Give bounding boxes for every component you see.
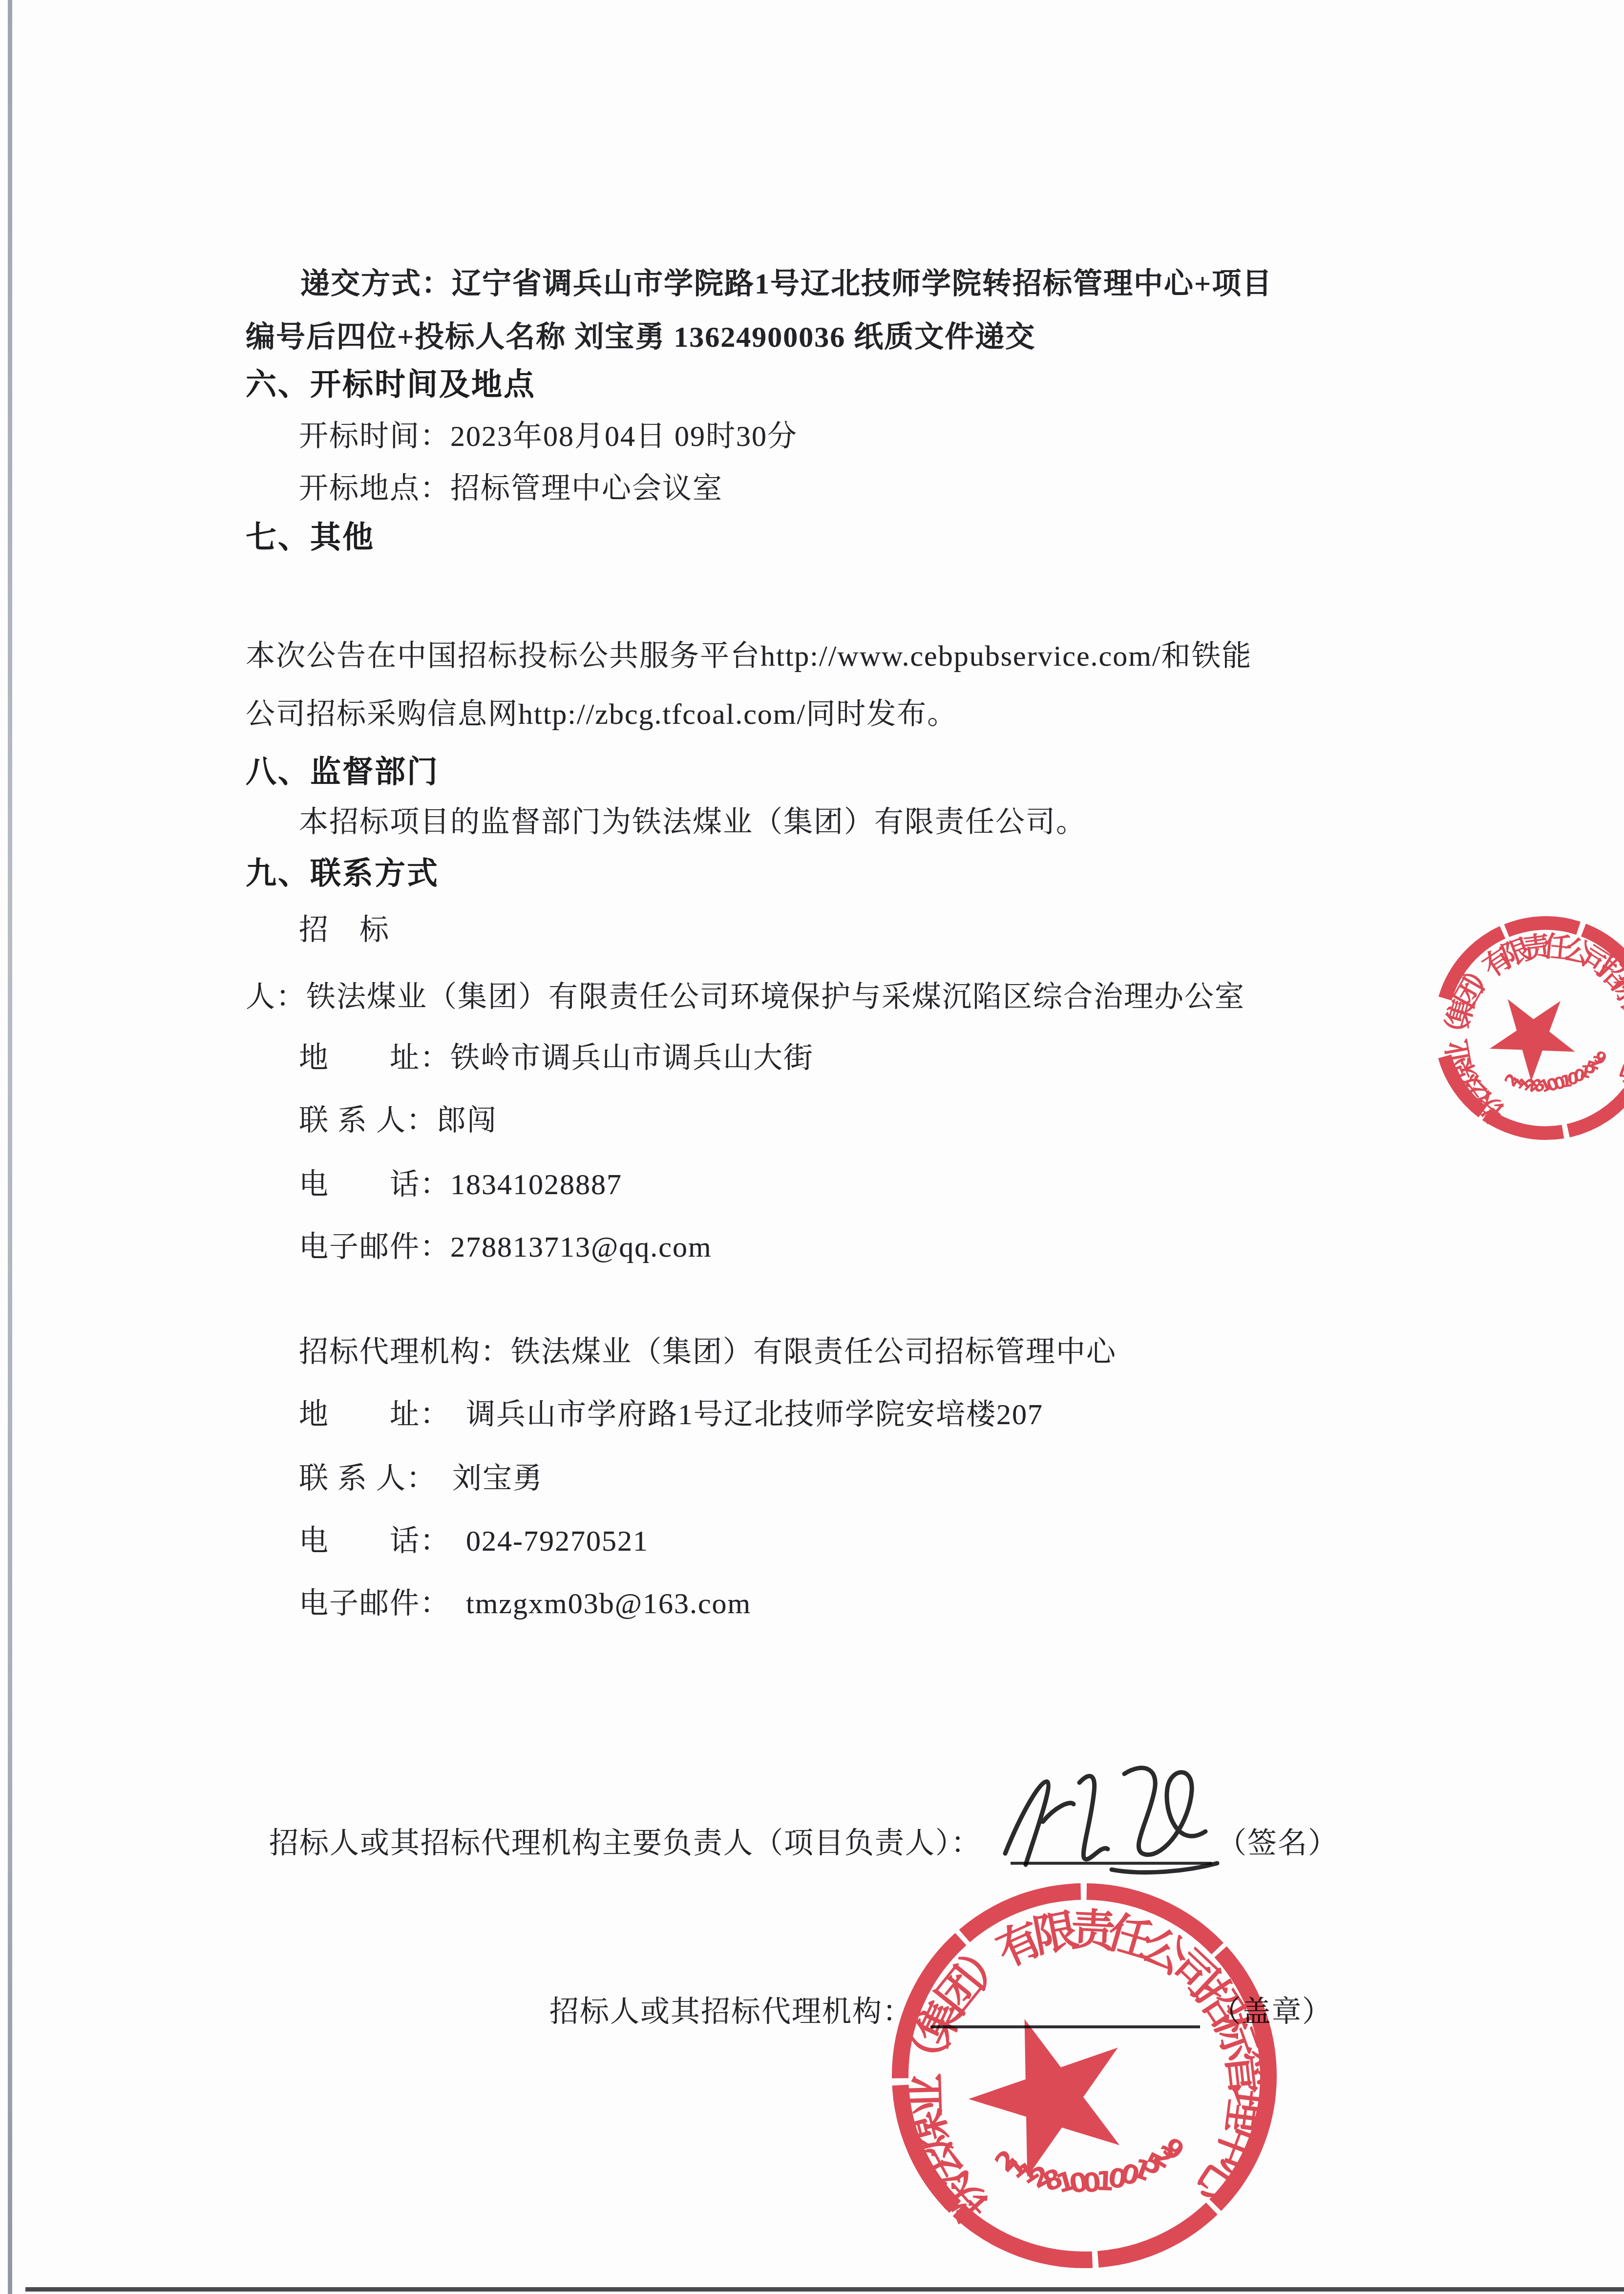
submission-line-2: 编号后四位+投标人名称 刘宝勇 13624900036 纸质文件递交 [246, 318, 1035, 356]
bidder-address: 地 址：铁岭市调兵山市调兵山大街 [299, 1039, 814, 1076]
svg-text:心: 心 [1612, 1052, 1624, 1092]
partial-seal-stamp-right-edge: 铁法煤业（集团）有限责任公司招标管理中心211281001001529 [1419, 901, 1624, 1158]
org-seal-label: 招标人或其招标代理机构： [549, 1993, 913, 2030]
bidder-name-line: 人：铁法煤业（集团）有限责任公司环境保护与采煤沉陷区综合治理办公室 [246, 978, 1245, 1015]
principal-label: 招标人或其招标代理机构主要负责人（项目负责人）： [269, 1825, 981, 1862]
section6-open-place: 开标地点：招标管理中心会议室 [299, 470, 723, 507]
section8-heading: 八、监督部门 [246, 753, 439, 790]
scan-edge-left [8, 0, 12, 2294]
section9-heading: 九、联系方式 [246, 855, 439, 892]
agency-address: 地 址： 调兵山市学府路1号辽北技师学院安培楼207 [299, 1396, 1043, 1433]
bidder-email: 电子邮件：278813713@qq.com [299, 1228, 712, 1265]
bidder-label: 招 标 [299, 911, 390, 948]
submission-line-1: 递交方式：辽宁省调兵山市学院路1号辽北技师学院转招标管理中心+项目 [300, 265, 1272, 302]
section7-para-line-1: 本次公告在中国招标投标公共服务平台http://www.cebpubservic… [246, 637, 1252, 674]
bidder-phone: 电 话：18341028887 [299, 1166, 622, 1203]
agency-email: 电子邮件： tmzgxm03b@163.com [299, 1585, 751, 1622]
agency-phone: 电 话： 024-79270521 [299, 1522, 649, 1559]
company-seal-stamp: 铁法煤业（集团）有限责任公司招标管理中心211281001001529 [874, 1866, 1294, 2288]
section7-heading: 七、其他 [246, 519, 375, 556]
bidder-contact: 联 系 人：郎闯 [299, 1102, 497, 1139]
section6-heading: 六、开标时间及地点 [246, 366, 536, 403]
scanned-document-page: 递交方式：辽宁省调兵山市学院路1号辽北技师学院转招标管理中心+项目 编号后四位+… [0, 0, 1624, 2294]
agency-title: 招标代理机构：铁法煤业（集团）有限责任公司招标管理中心 [299, 1333, 1117, 1370]
scan-edge-bottom [25, 2287, 1624, 2292]
section6-open-time: 开标时间：2023年08月04日 09时30分 [299, 418, 798, 455]
section8-body: 本招标项目的监督部门为铁法煤业（集团）有限责任公司。 [299, 803, 1086, 841]
section7-para-line-2: 公司招标采购信息网http://zbcg.tfcoal.com/同时发布。 [246, 695, 957, 733]
agency-contact: 联 系 人： 刘宝勇 [299, 1460, 543, 1497]
